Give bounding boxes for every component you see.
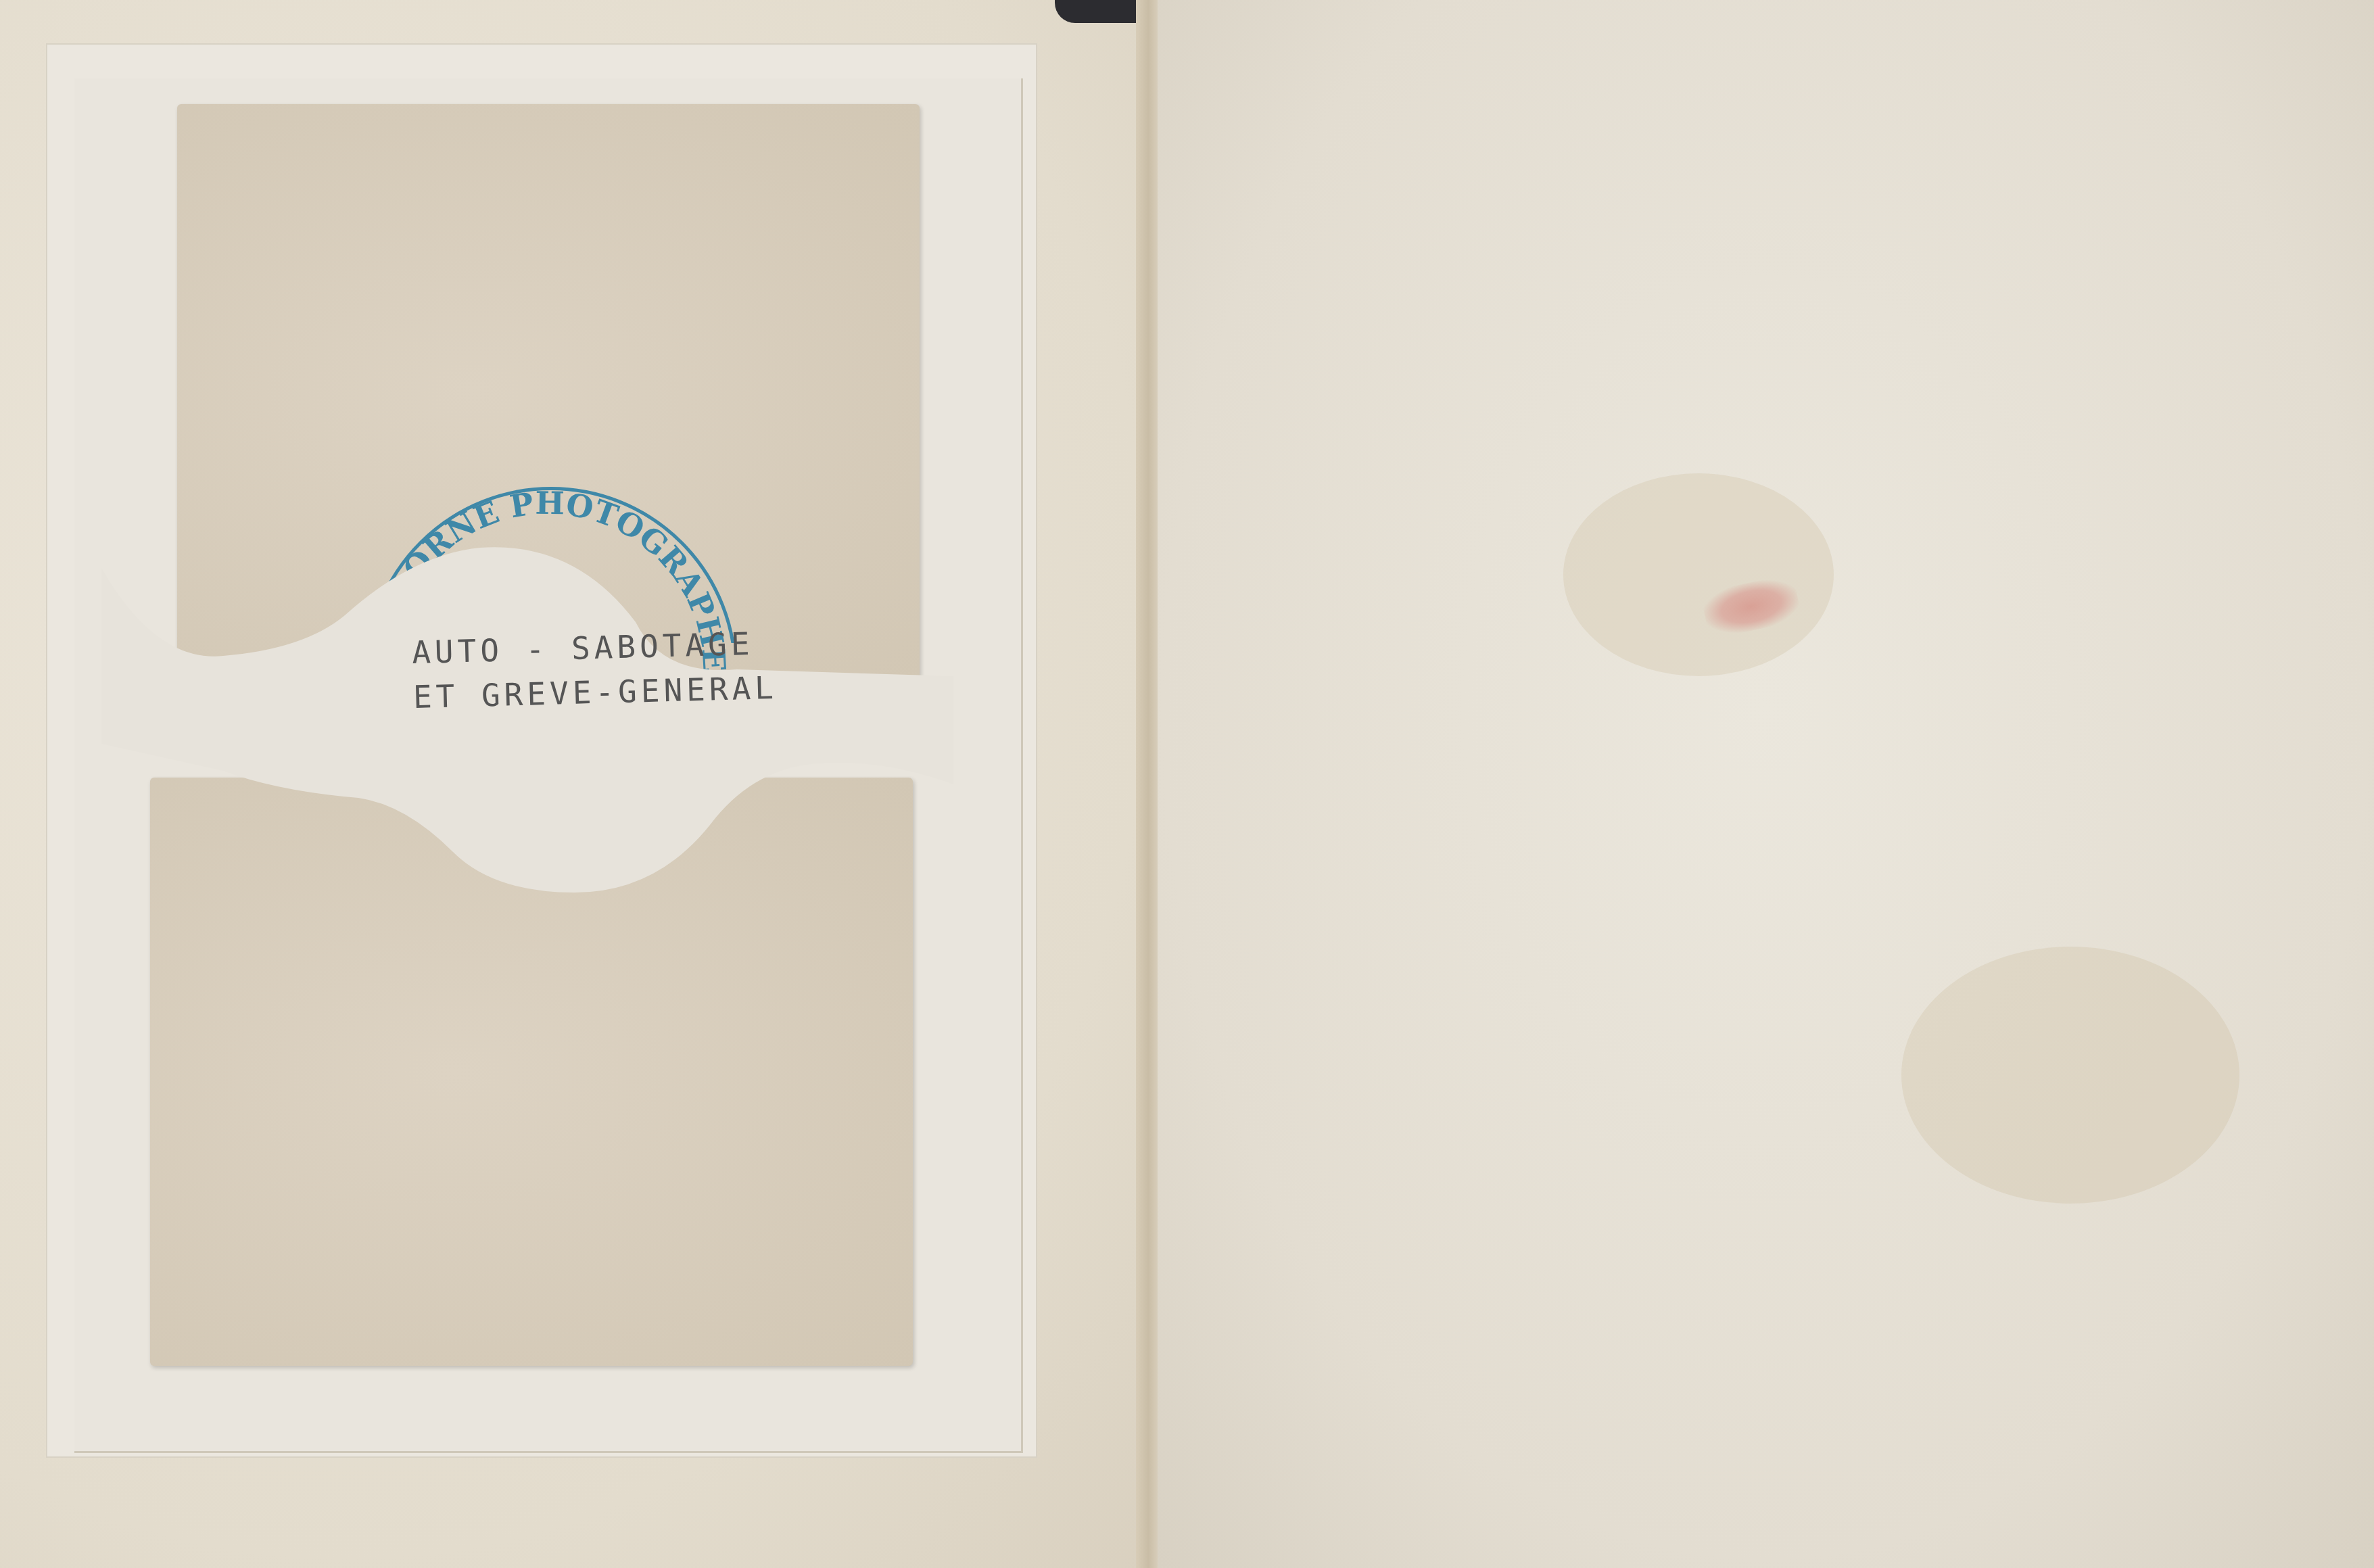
left-page: A. BORNE PHOTOGRAPHE AUTO - SABOTAGE ET … bbox=[0, 0, 1158, 1568]
note-line-2: ET GREVE-GENERAL bbox=[412, 665, 778, 719]
paper-stain bbox=[1901, 947, 2239, 1204]
right-page bbox=[1158, 0, 2374, 1568]
handwritten-note: AUTO - SABOTAGE ET GREVE-GENERAL bbox=[411, 621, 778, 719]
paper-stain bbox=[1563, 473, 1834, 676]
photo-album: A. BORNE PHOTOGRAPHE AUTO - SABOTAGE ET … bbox=[0, 0, 2374, 1568]
mount-cutout-window bbox=[101, 541, 953, 920]
